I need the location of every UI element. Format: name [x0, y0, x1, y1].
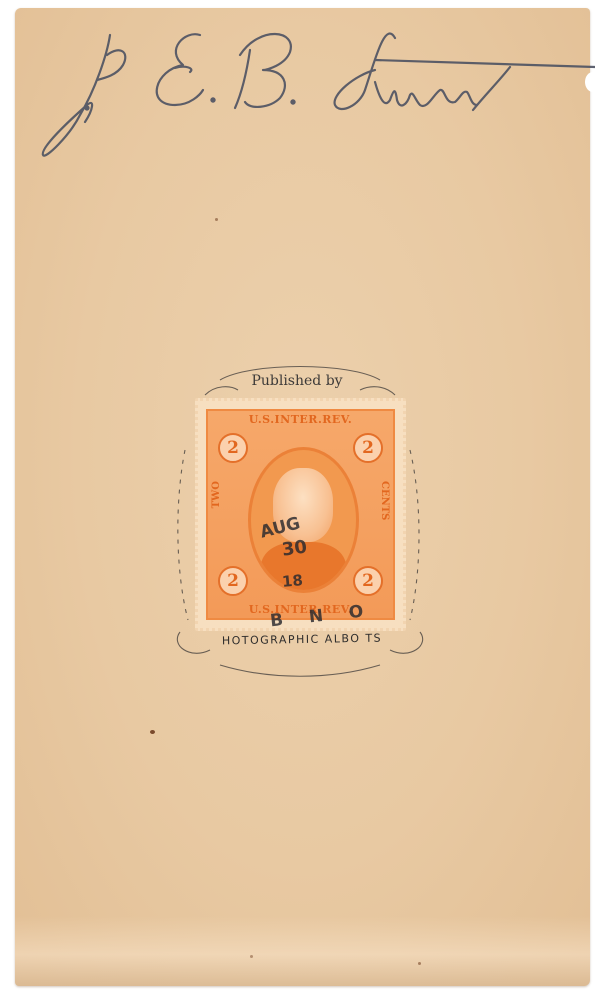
revenue-stamp: U.S.INTER.REV. TWO CENTS 2 2 2 2 U.S.INT… [195, 398, 406, 631]
foxing-spot [418, 962, 421, 965]
denomination-bottom-right: 2 [353, 566, 383, 596]
stamp-right-text: CENTS [379, 481, 390, 520]
cancel-day: 30 [281, 536, 309, 560]
published-by-label: Published by [232, 373, 362, 389]
photographic-albums-label: HOTOGRAPHIC ALBO TS [182, 631, 422, 648]
denomination-top-right: 2 [353, 433, 383, 463]
denomination-bottom-left: 2 [218, 566, 248, 596]
signature-strokes [35, 10, 595, 165]
foxing-spot [250, 955, 253, 958]
signature: J. E. B. Stuart [35, 10, 595, 165]
foxing-spot [150, 730, 155, 734]
stamp-left-text: TWO [211, 481, 222, 508]
portrait-oval [248, 447, 359, 593]
cancel-year: 18 [281, 571, 303, 591]
denomination-top-left: 2 [218, 433, 248, 463]
stamp-top-text: U.S.INTER.REV. [208, 413, 393, 426]
foxing-spot [215, 218, 218, 221]
photographer-backmark: Published by U.S.INTER.REV. TWO CENTS 2 … [160, 350, 440, 690]
